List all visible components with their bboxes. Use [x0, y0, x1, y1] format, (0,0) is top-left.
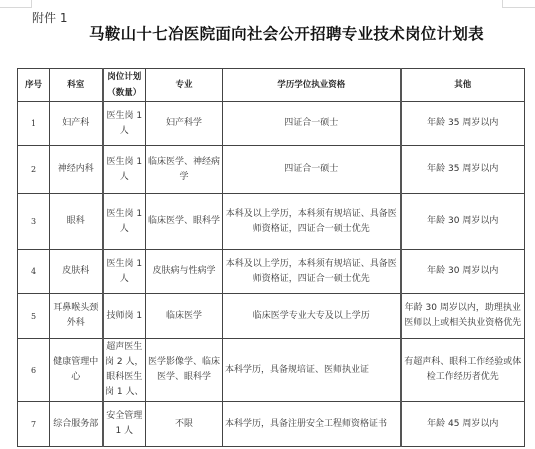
- header-qualification: 学历学位执业资格: [223, 69, 401, 102]
- cell-plan: 医生岗 1 人: [103, 146, 146, 194]
- table-header-row: 序号 科室 岗位计划 （数量） 专业 学历学位执业资格 其他: [18, 69, 525, 102]
- page-corner-mark-left: [0, 0, 32, 8]
- table-row: 3 眼科 医生岗 1 人 临床医学、眼科学 本科及以上学历，本科须有规培证、具备…: [18, 194, 525, 250]
- header-seq: 序号: [18, 69, 50, 102]
- header-plan: 岗位计划 （数量）: [103, 69, 146, 102]
- table-row: 1 妇产科 医生岗 1 人 妇产科学 四证合一硕士 年龄 35 周岁以内: [18, 102, 525, 146]
- cell-qualification: 本科及以上学历，本科须有规培证、具备医师资格证，四证合一硕士优先: [223, 250, 401, 294]
- cell-other: 年龄 30 周岁以内: [401, 250, 525, 294]
- cell-qualification: 本科学历，具备注册安全工程师资格证书: [223, 402, 401, 447]
- cell-major: 临床医学、神经病学: [146, 146, 223, 194]
- table-row: 5 耳鼻喉头颈外科 技师岗 1 临床医学 临床医学专业大专及以上学历 年龄 30…: [18, 294, 525, 339]
- header-plan-line2: （数量）: [105, 85, 145, 101]
- cell-qualification: 临床医学专业大专及以上学历: [223, 294, 401, 339]
- cell-dept: 眼科: [50, 194, 103, 250]
- cell-plan: 技师岗 1: [103, 294, 146, 339]
- document-title: 马鞍山十七冶医院面向社会公开招聘专业技术岗位计划表: [0, 22, 535, 44]
- cell-seq: 2: [18, 146, 50, 194]
- header-major: 专业: [146, 69, 223, 102]
- cell-seq: 4: [18, 250, 50, 294]
- cell-other: 年龄 30 周岁以内，助理执业医师以上或相关执业资格优先: [401, 294, 525, 339]
- cell-other: 年龄 35 周岁以内: [401, 102, 525, 146]
- table-row: 6 健康管理中心 超声医生岗 2 人，眼科医生岗 1 人、 医学影像学、临床医学…: [18, 339, 525, 402]
- cell-major: 临床医学、眼科学: [146, 194, 223, 250]
- cell-dept: 皮肤科: [50, 250, 103, 294]
- table-row: 2 神经内科 医生岗 1 人 临床医学、神经病学 四证合一硕士 年龄 35 周岁…: [18, 146, 525, 194]
- header-plan-line1: 岗位计划: [105, 69, 145, 85]
- page-corner-mark-right: [502, 0, 535, 8]
- cell-dept: 综合服务部: [50, 402, 103, 447]
- cell-seq: 5: [18, 294, 50, 339]
- cell-qualification: 本科学历，具备规培证、医师执业证: [223, 339, 401, 402]
- cell-major: 临床医学: [146, 294, 223, 339]
- recruitment-plan-table: 序号 科室 岗位计划 （数量） 专业 学历学位执业资格 其他 1 妇产科 医生岗…: [17, 68, 525, 447]
- cell-dept: 健康管理中心: [50, 339, 103, 402]
- header-dept: 科室: [50, 69, 103, 102]
- cell-seq: 7: [18, 402, 50, 447]
- cell-major: 不限: [146, 402, 223, 447]
- cell-plan: 医生岗 1 人: [103, 102, 146, 146]
- cell-dept: 神经内科: [50, 146, 103, 194]
- cell-other: 年龄 45 周岁以内: [401, 402, 525, 447]
- cell-other: 年龄 35 周岁以内: [401, 146, 525, 194]
- cell-seq: 3: [18, 194, 50, 250]
- cell-major: 医学影像学、临床医学、眼科学: [146, 339, 223, 402]
- cell-major: 妇产科学: [146, 102, 223, 146]
- cell-plan: 医生岗 1 人: [103, 250, 146, 294]
- cell-qualification: 四证合一硕士: [223, 102, 401, 146]
- cell-plan: 安全管理 1 人: [103, 402, 146, 447]
- cell-other: 有超声科、眼科工作经验或体检工作经历者优先: [401, 339, 525, 402]
- cell-seq: 1: [18, 102, 50, 146]
- cell-major: 皮肤病与性病学: [146, 250, 223, 294]
- cell-dept: 妇产科: [50, 102, 103, 146]
- cell-qualification: 四证合一硕士: [223, 146, 401, 194]
- cell-other: 年龄 30 周岁以内: [401, 194, 525, 250]
- table-row: 4 皮肤科 医生岗 1 人 皮肤病与性病学 本科及以上学历，本科须有规培证、具备…: [18, 250, 525, 294]
- cell-plan: 医生岗 1 人: [103, 194, 146, 250]
- cell-plan: 超声医生岗 2 人，眼科医生岗 1 人、: [103, 339, 146, 402]
- cell-seq: 6: [18, 339, 50, 402]
- table-row: 7 综合服务部 安全管理 1 人 不限 本科学历，具备注册安全工程师资格证书 年…: [18, 402, 525, 447]
- cell-dept: 耳鼻喉头颈外科: [50, 294, 103, 339]
- header-other: 其他: [401, 69, 525, 102]
- cell-qualification: 本科及以上学历，本科须有规培证、具备医师资格证，四证合一硕士优先: [223, 194, 401, 250]
